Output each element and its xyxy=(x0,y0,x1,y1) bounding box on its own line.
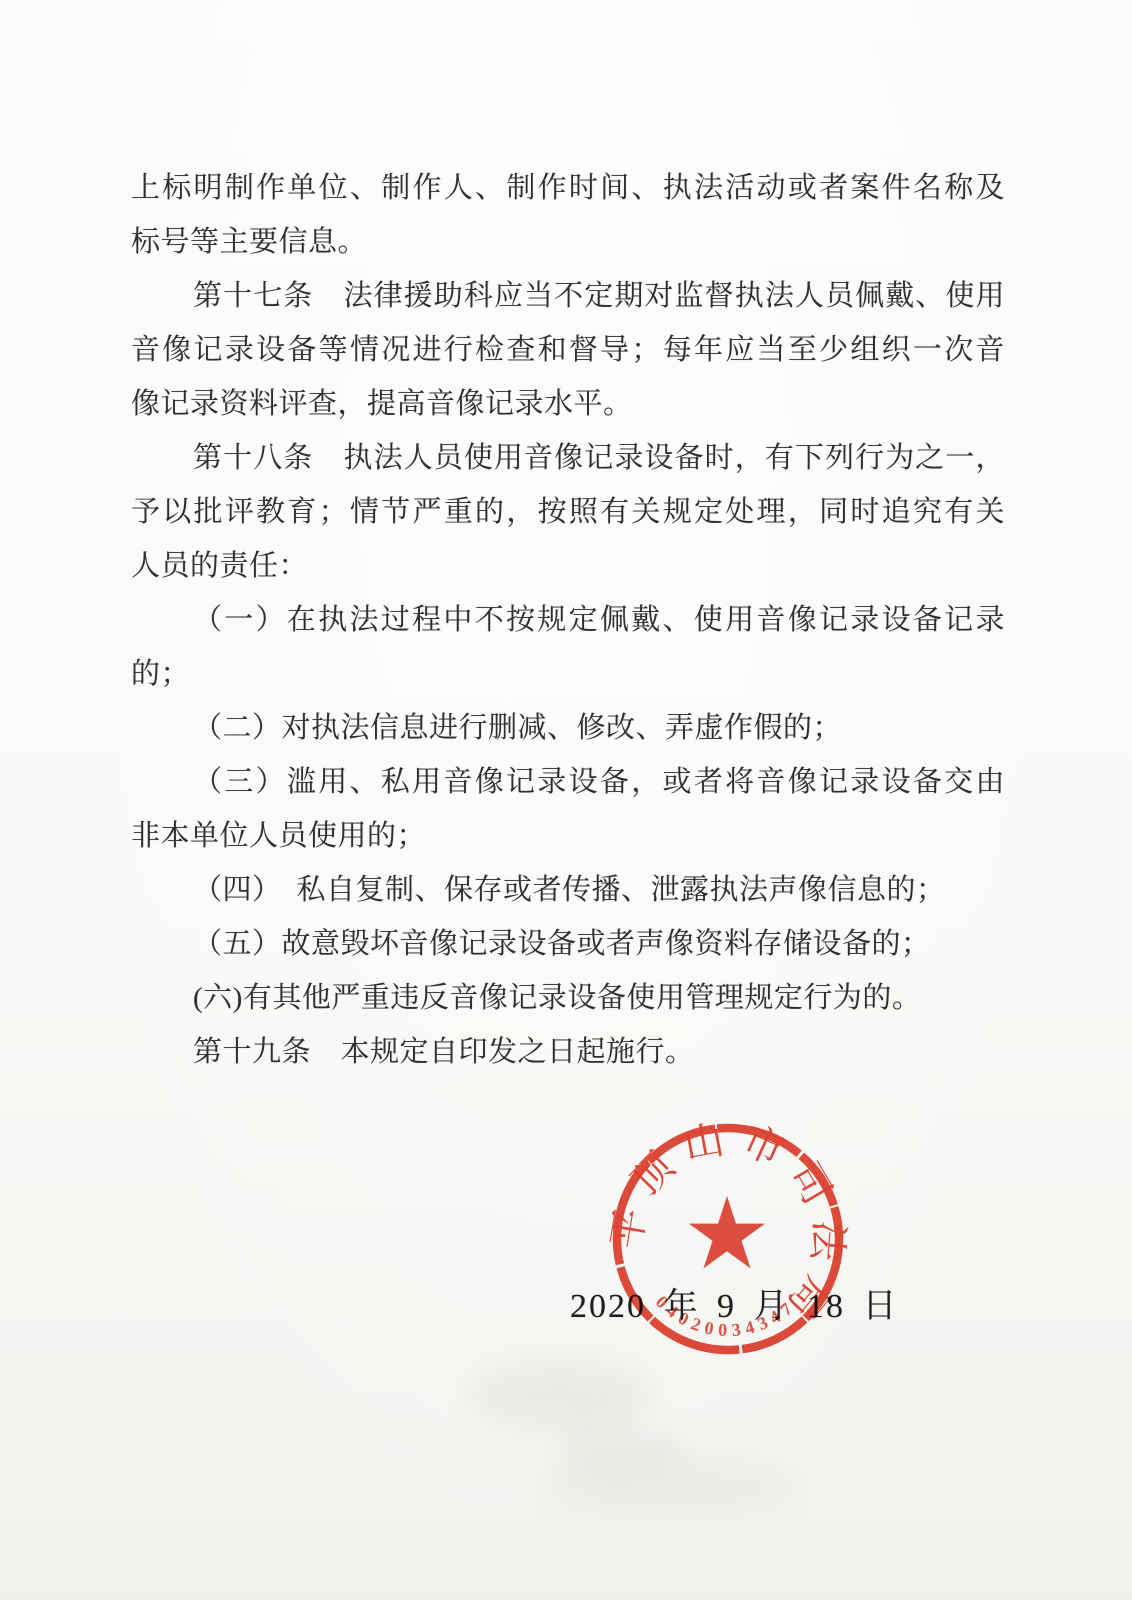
document-line: 上标明制作单位、制作人、制作时间、执法活动或者案件名称及 xyxy=(131,161,1005,215)
document-page: 上标明制作单位、制作人、制作时间、执法活动或者案件名称及 标号等主要信息。 第十… xyxy=(0,0,1132,1600)
document-line: （四） 私自复制、保存或者传播、泄露执法声像信息的； xyxy=(131,863,1005,917)
document-body-text: 上标明制作单位、制作人、制作时间、执法活动或者案件名称及 标号等主要信息。 第十… xyxy=(131,161,1005,1079)
scan-smudge xyxy=(555,1425,685,1475)
document-line: （二）对执法信息进行删减、修改、弄虚作假的； xyxy=(131,701,1005,755)
document-line: 第十七条 法律援助科应当不定期对监督执法人员佩戴、使用 xyxy=(131,269,1005,323)
official-seal: 平顶山市司法局 04020034347 xyxy=(600,1106,870,1376)
document-line: 的； xyxy=(131,647,1005,701)
document-line: 第十九条 本规定自印发之日起施行。 xyxy=(131,1025,1005,1079)
document-line: 第十八条 执法人员使用音像记录设备时，有下列行为之一， xyxy=(131,431,1005,485)
document-line: 标号等主要信息。 xyxy=(131,215,1005,269)
document-line: （五）故意毁坏音像记录设备或者声像资料存储设备的； xyxy=(131,917,1005,971)
document-line: (六)有其他严重违反音像记录设备使用管理规定行为的。 xyxy=(131,971,1005,1025)
document-line: 像记录资料评查，提高音像记录水平。 xyxy=(131,377,1005,431)
document-line: 音像记录设备等情况进行检查和督导；每年应当至少组织一次音 xyxy=(131,323,1005,377)
document-line: （三）滥用、私用音像记录设备，或者将音像记录设备交由 xyxy=(131,755,1005,809)
document-line: 予以批评教育；情节严重的，按照有关规定处理，同时追究有关 xyxy=(131,485,1005,539)
document-line: 非本单位人员使用的； xyxy=(131,809,1005,863)
scan-smudge xyxy=(540,1455,800,1515)
document-line: （一）在执法过程中不按规定佩戴、使用音像记录设备记录 xyxy=(131,593,1005,647)
seal-star-icon xyxy=(689,1196,765,1268)
document-line: 人员的责任： xyxy=(131,539,1005,593)
